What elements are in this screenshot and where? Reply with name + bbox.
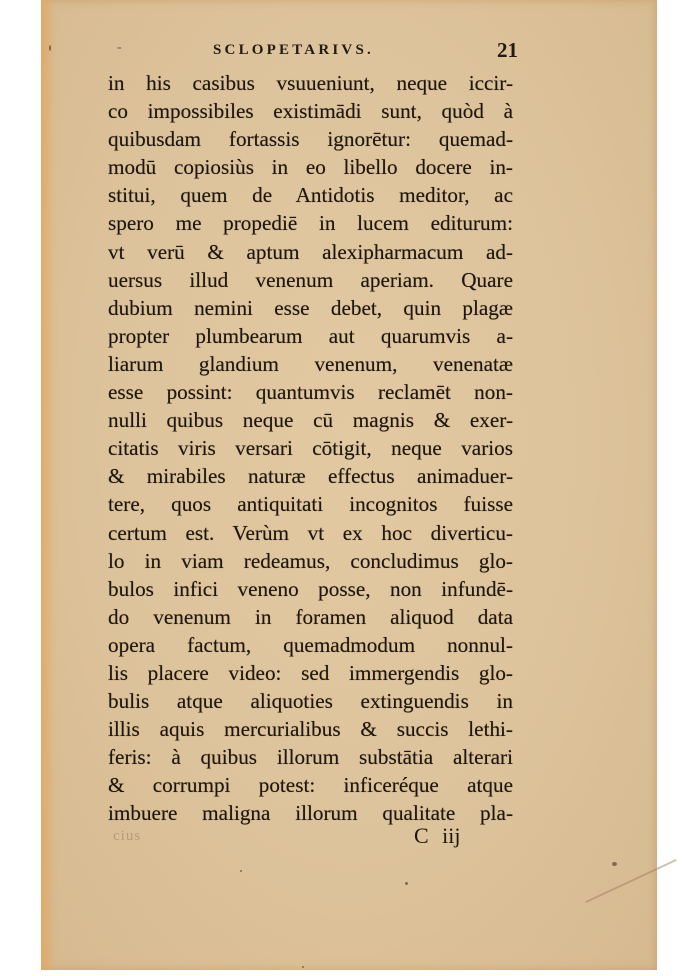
text-line: certum est. Verùm vt ex hoc diverticu- [108, 519, 513, 547]
text-line: lo in viam redeamus, concludimus glo- [108, 547, 513, 575]
paper-speck [405, 882, 408, 885]
text-line: feris: à quibus illorum substātia altera… [108, 743, 513, 771]
text-line: lis placere video: sed immergendis glo- [108, 659, 513, 687]
text-line: do venenum in foramen aliquod data [108, 603, 513, 631]
text-line: citatis viris versari cōtigit, neque var… [108, 434, 513, 462]
text-line: opera factum, quemadmodum nonnul- [108, 631, 513, 659]
text-line: & corrumpi potest: inficeréque atque [108, 771, 513, 799]
text-line: modū copiosiùs in eo libello docere in- [108, 153, 513, 181]
header-mark: - [117, 40, 122, 56]
text-line: propter plumbearum aut quarumvis a- [108, 322, 513, 350]
text-line: dubium nemini esse debet, quin plagæ [108, 294, 513, 322]
text-line: tere, quos antiquitati incognitos fuisse [108, 490, 513, 518]
paper-crease [585, 859, 676, 903]
text-line: quibusdam fortassis ignorētur: quemad- [108, 125, 513, 153]
signature-mark: C iij [414, 823, 461, 849]
text-line: illis aquis mercurialibus & succis lethi… [108, 715, 513, 743]
text-line: spero me propediē in lucem editurum: [108, 209, 513, 237]
paper-speck [240, 870, 242, 872]
text-line: uersus illud venenum aperiam. Quare [108, 266, 513, 294]
text-line: bulis atque aliquoties extinguendis in [108, 687, 513, 715]
text-line: bulos infici veneno posse, non infundē- [108, 575, 513, 603]
text-line: stitui, quem de Antidotis meditor, ac [108, 181, 513, 209]
paper-speck [612, 862, 617, 866]
text-line: & mirabiles naturæ effectus animaduer- [108, 462, 513, 490]
text-line: esse possint: quantumvis reclamēt non- [108, 378, 513, 406]
paper-speck [49, 45, 51, 51]
page-number: 21 [497, 38, 518, 63]
text-line: nulli quibus neque cū magnis & exer- [108, 406, 513, 434]
bleed-through-text: cius [113, 828, 141, 845]
text-line: liarum glandium venenum, venenatæ [108, 350, 513, 378]
text-line: co impossibiles existimādi sunt, quòd à [108, 97, 513, 125]
book-page: - SCLOPETARIVS. 21 in his casibus vsuuen… [41, 0, 657, 970]
body-text: in his casibus vsuueniunt, neque iccir- … [108, 69, 513, 828]
text-line: in his casibus vsuueniunt, neque iccir- [108, 69, 513, 97]
running-title: SCLOPETARIVS. [213, 42, 374, 59]
text-line: vt verū & aptum alexipharmacum ad- [108, 238, 513, 266]
paper-speck [302, 966, 304, 968]
page-header: - SCLOPETARIVS. 21 [104, 38, 518, 64]
